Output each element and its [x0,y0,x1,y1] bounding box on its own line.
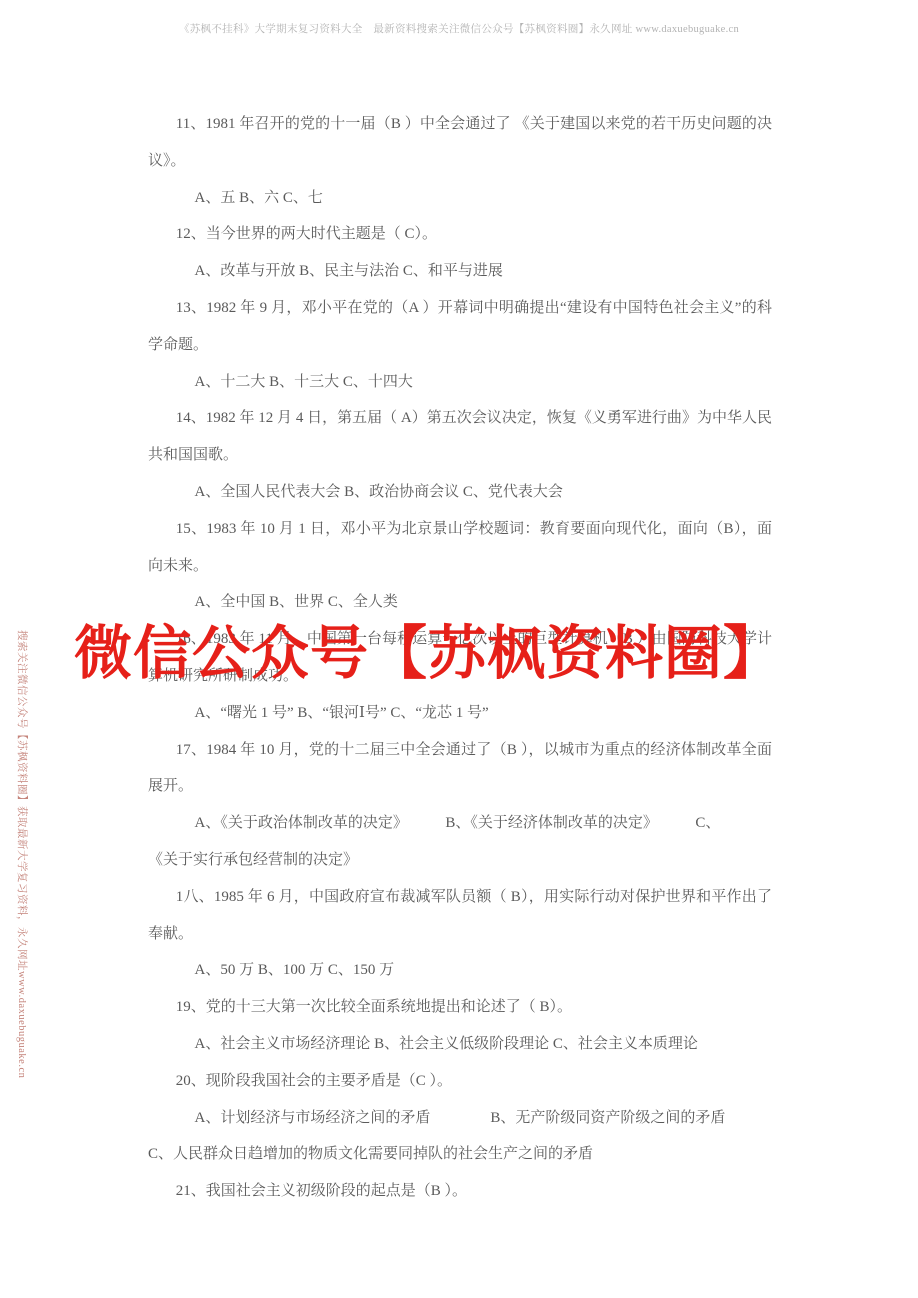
question-options: A、改革与开放 B、民主与法治 C、和平与进展 [148,253,772,290]
question-options: A、十二大 B、十三大 C、十四大 [148,364,772,401]
question-block-15: 15、1983 年 10 月 1 日，邓小平为北京景山学校题词：教育要面向现代化… [148,511,772,621]
question-options: A、五 B、六 C、七 [148,180,772,217]
question-block-17: 17、1984 年 10 月，党的十二届三中全会通过了（B ），以城市为重点的经… [148,732,772,879]
question-options: A、50 万 B、100 万 C、150 万 [148,952,772,989]
document-page: { "page": { "header": "《苏枫不挂科》大学期末复习资料大全… [0,0,918,1298]
question-block-18: 1八、1985 年 6 月，中国政府宣布裁减军队员额（ B），用实际行动对保护世… [148,879,772,989]
question-options: A、《关于政治体制改革的决定》 B、《关于经济体制改革的决定》 C、 [148,805,772,842]
question-stem: 21、我国社会主义初级阶段的起点是（B ）。 [148,1173,772,1210]
question-options-continued: C、人民群众日趋增加的物质文化需要同掉队的社会生产之间的矛盾 [148,1136,772,1173]
question-stem: 15、1983 年 10 月 1 日，邓小平为北京景山学校题词：教育要面向现代化… [148,511,772,585]
left-vertical-watermark: 搜索关注微信公众号【苏枫资料圈】获取最新大学复习资料，永久网址www.daxue… [15,630,30,1078]
question-options-continued: 《关于实行承包经营制的决定》 [148,842,772,879]
question-block-14: 14、1982 年 12 月 4 日，第五届（ A）第五次会议决定，恢复《义勇军… [148,400,772,510]
question-options: A、社会主义市场经济理论 B、社会主义低级阶段理论 C、社会主义本质理论 [148,1026,772,1063]
question-block-20: 20、现阶段我国社会的主要矛盾是（C ）。 A、计划经济与市场经济之间的矛盾 B… [148,1063,772,1173]
question-options: A、全国人民代表大会 B、政治协商会议 C、党代表大会 [148,474,772,511]
question-block-19: 19、党的十三大第一次比较全面系统地提出和论述了（ B）。 A、社会主义市场经济… [148,989,772,1063]
question-stem: 13、1982 年 9 月，邓小平在党的（A ）开幕词中明确提出“建设有中国特色… [148,290,772,364]
question-options: A、“曙光 1 号” B、“银河Ⅰ号” C、“龙芯 1 号” [148,695,772,732]
question-block-12: 12、当今世界的两大时代主题是（ C）。 A、改革与开放 B、民主与法治 C、和… [148,216,772,290]
question-stem: 19、党的十三大第一次比较全面系统地提出和论述了（ B）。 [148,989,772,1026]
wechat-watermark-banner: 微信公众号【苏枫资料圈】 [74,606,844,690]
question-options: A、计划经济与市场经济之间的矛盾 B、无产阶级同资产阶级之间的矛盾 [148,1100,772,1137]
question-block-11: 11、1981 年召开的党的十一届（B ）中全会通过了 《关于建国以来党的若干历… [148,106,772,216]
question-stem: 14、1982 年 12 月 4 日，第五届（ A）第五次会议决定，恢复《义勇军… [148,400,772,474]
question-stem: 17、1984 年 10 月，党的十二届三中全会通过了（B ），以城市为重点的经… [148,732,772,806]
question-stem: 20、现阶段我国社会的主要矛盾是（C ）。 [148,1063,772,1100]
question-stem: 11、1981 年召开的党的十一届（B ）中全会通过了 《关于建国以来党的若干历… [148,106,772,180]
page-header-text: 《苏枫不挂科》大学期末复习资料大全 最新资料搜索关注微信公众号【苏枫资料圈】永久… [0,21,918,36]
question-block-13: 13、1982 年 9 月，邓小平在党的（A ）开幕词中明确提出“建设有中国特色… [148,290,772,400]
question-stem: 1八、1985 年 6 月，中国政府宣布裁减军队员额（ B），用实际行动对保护世… [148,879,772,953]
question-block-21: 21、我国社会主义初级阶段的起点是（B ）。 [148,1173,772,1210]
question-stem: 12、当今世界的两大时代主题是（ C）。 [148,216,772,253]
